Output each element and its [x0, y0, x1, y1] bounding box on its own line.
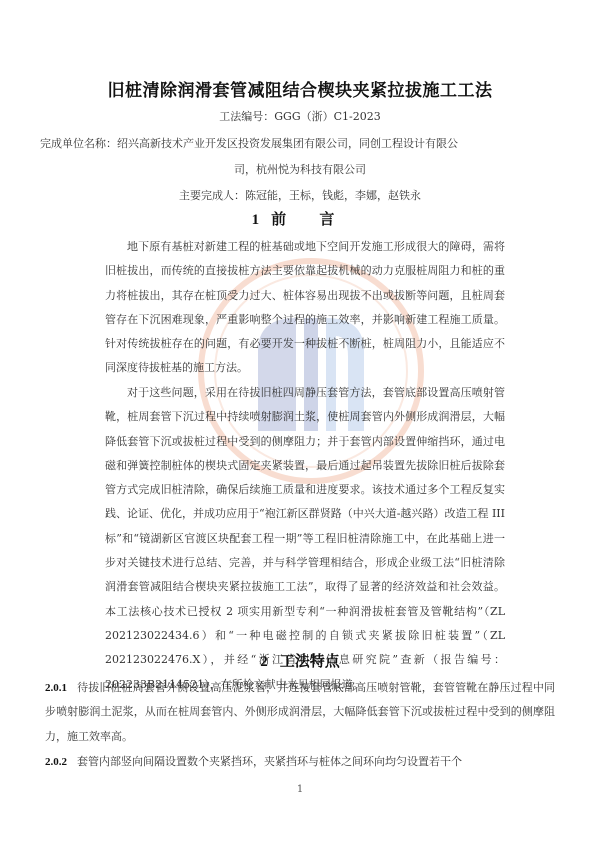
- section-title: 工法特点: [280, 652, 340, 670]
- section-title: 前 言: [271, 210, 348, 228]
- clause-2-0-2: 2.0.2套管内部竖向间隔设置数个夹紧挡环，夹紧挡环与桩体之间环向均匀设置若干个: [45, 750, 555, 774]
- method-number: 工法编号：GGG（浙）C1-2023: [0, 108, 600, 124]
- section-number: 1: [252, 212, 260, 228]
- organizations-line-2: 司，杭州悦为科技有限公司: [0, 161, 600, 177]
- clause-text: 套管内部竖向间隔设置数个夹紧挡环，夹紧挡环与桩体之间环向均匀设置若干个: [77, 755, 462, 768]
- clause-text: 待拔旧桩桩周套管外侧设置高压泥浆管，并连接套管底部高压喷射管靴，套管管靴在静压过…: [45, 681, 555, 743]
- intro-paragraph-1: 地下原有基桩对新建工程的桩基础或地下空间开发施工形成很大的障碍，需将旧桩拔出，而…: [105, 235, 505, 381]
- page-number: 1: [0, 784, 600, 795]
- organizations-line-1: 完成单位名称：绍兴高新技术产业开发区投资发展集团有限公司，同创工程设计有限公: [40, 135, 570, 151]
- section-heading-1: 1前 言: [0, 208, 600, 229]
- document-title: 旧桩清除润滑套管减阻结合楔块夹紧拉拔施工工法: [0, 76, 600, 101]
- section-heading-2: 2工法特点: [0, 650, 600, 671]
- document-page: 旧桩清除润滑套管减阻结合楔块夹紧拉拔施工工法 工法编号：GGG（浙）C1-202…: [0, 0, 600, 848]
- authors: 主要完成人：陈冠能，王标，钱彪，李娜，赵铁永: [0, 187, 600, 203]
- section-number: 2: [260, 654, 268, 670]
- clause-2-0-1: 2.0.1待拔旧桩桩周套管外侧设置高压泥浆管，并连接套管底部高压喷射管靴，套管管…: [45, 676, 555, 749]
- clause-number: 2.0.2: [45, 756, 67, 768]
- clause-number: 2.0.1: [45, 682, 67, 694]
